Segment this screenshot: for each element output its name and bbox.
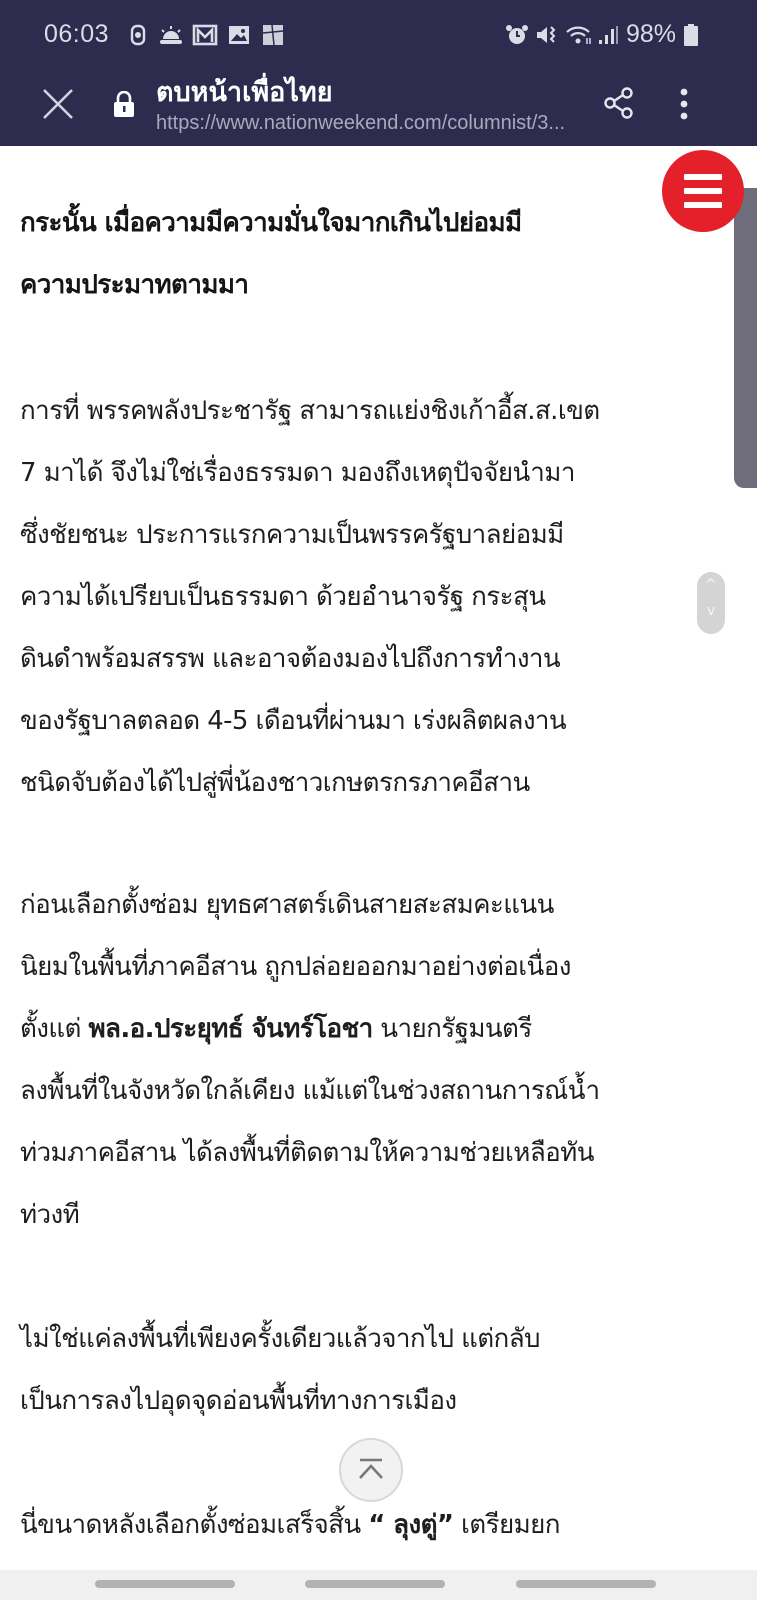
system-nav-bar [0,1570,757,1600]
battery-icon [684,24,698,46]
close-icon[interactable] [40,86,76,122]
vibrate-icon [535,24,559,46]
weather-icon [158,24,184,46]
nav-gesture-hint-left[interactable] [95,1580,235,1588]
paragraph-line: ก่อนเลือกตั้งซ่อม ยุทธศาสตร์เดินสายสะสมค… [20,884,554,925]
paragraph-line: ลงพื้นที่ในจังหวัดใกล้เคียง แม้แต่ในช่วง… [20,1070,599,1111]
article-content: กระนั้น เมื่อความมีความมั่นใจมากเกินไปย่… [0,146,757,1570]
back-to-top-icon [341,1440,401,1500]
page-scrollbar[interactable] [734,188,757,488]
gmail-icon [192,24,218,46]
page-url[interactable]: https://www.nationweekend.com/columnist/… [156,112,565,135]
browser-toolbar: 06:03 98% ตบหน้าเพื่อไทย https://www.nat… [0,0,757,146]
page-title: ตบหน้าเพื่อไทย [156,70,333,113]
share-icon[interactable] [602,86,636,120]
battery-percent: 98% [626,20,676,49]
article-heading-line: กระนั้น เมื่อความมีความมั่นใจมากเกินไปย่… [20,202,522,243]
status-time: 06:03 [44,20,109,49]
paragraph-line: ความได้เปรียบเป็นธรรมดา ด้วยอำนาจรัฐ กระ… [20,576,545,617]
paragraph-line: 7 มาได้ จึงไม่ใช่เรื่องธรรมดา มองถึงเหตุ… [20,452,575,493]
app-icon [262,24,284,46]
hamburger-menu-icon[interactable] [662,150,744,232]
more-vert-icon[interactable] [672,84,696,124]
alarm-icon [505,24,529,46]
person-name-bold: พล.อ.ประยุทธ์ จันทร์โอชา [89,1014,373,1044]
paragraph-line: ซึ่งชัยชนะ ประการแรกความเป็นพรรครัฐบาลย่… [20,514,564,555]
paragraph-line: เป็นการลงไปอุดจุดอ่อนพื้นที่ทางการเมือง [20,1380,456,1421]
quoted-nickname-bold: “ ลุงตู่” [368,1510,453,1540]
paragraph-line: ท่วมภาคอีสาน ได้ลงพื้นที่ติดตามให้ความช่… [20,1132,594,1173]
fast-scroll-handle[interactable]: ^ v [697,572,725,634]
paragraph-line: ท่วงที [20,1194,79,1235]
text-segment: นี่ขนาดหลังเลือกตั้งซ่อมเสร็จสิ้น [20,1510,368,1540]
paragraph-line: ตั้งแต่ พล.อ.ประยุทธ์ จันทร์โอชา นายกรัฐ… [20,1008,532,1049]
lock-icon [113,91,135,117]
status-bar: 06:03 98% [0,0,757,70]
paragraph-line: การที่ พรรคพลังประชารัฐ สามารถแย่งชิงเก้… [20,390,600,431]
paragraph-line: ชนิดจับต้องได้ไปสู่พี่น้องชาวเกษตรกรภาคอ… [20,762,530,803]
text-segment: เตรียมยก [453,1510,560,1540]
nav-gesture-hint-center[interactable] [305,1580,445,1588]
paragraph-line: ของรัฐบาลตลอด 4-5 เดือนที่ผ่านมา เร่งผลิ… [20,700,566,741]
chevron-down-icon: v [697,598,725,624]
signal-icon [597,24,619,46]
paragraph-line: ดินดำพร้อมสรรพ และอาจต้องมองไปถึงการทำงา… [20,638,560,679]
text-segment: นายกรัฐมนตรี [373,1014,532,1044]
paragraph-line: นี่ขนาดหลังเลือกตั้งซ่อมเสร็จสิ้น “ ลุงต… [20,1504,560,1545]
paragraph-line: ไม่ใช่แค่ลงพื้นที่เพียงครั้งเดียวแล้วจาก… [20,1318,540,1359]
article-heading-line: ความประมาทตามมา [20,264,248,305]
paragraph-line: นิยมในพื้นที่ภาคอีสาน ถูกปล่อยออกมาอย่าง… [20,946,571,987]
text-segment: ตั้งแต่ [20,1014,89,1044]
nav-gesture-hint-right[interactable] [516,1580,656,1588]
wifi-icon [565,24,593,46]
gallery-icon [228,24,250,46]
notification-app-icon [127,24,149,46]
back-to-top-button[interactable] [339,1438,403,1502]
chevron-up-icon: ^ [697,572,725,598]
app-bar: ตบหน้าเพื่อไทย https://www.nationweekend… [0,70,757,146]
